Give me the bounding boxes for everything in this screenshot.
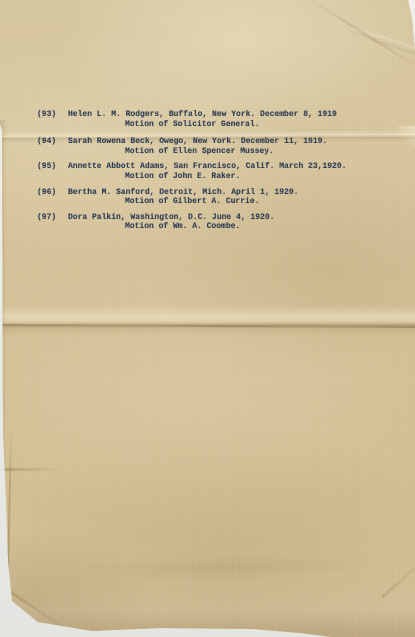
entry-text: Dora Palkin, Washington, D.C. June 4, 19… bbox=[68, 213, 397, 223]
entry-motion: Motion of Solicitor General. bbox=[125, 120, 397, 130]
document-page: (93)Helen L. M. Rodgers, Buffalo, New Yo… bbox=[0, 0, 415, 637]
entry-text: Sarah Rowena Beck, Owego, New York. Dece… bbox=[68, 137, 397, 147]
entry-text: Helen L. M. Rodgers, Buffalo, New York. … bbox=[68, 110, 397, 120]
wrinkle-top-right bbox=[299, 0, 415, 74]
entry-motion: Motion of Wm. A. Coombe. bbox=[125, 222, 397, 232]
entry-motion: Motion of John E. Raker. bbox=[125, 172, 397, 182]
entry-number: (94) bbox=[37, 137, 56, 147]
entry: (93)Helen L. M. Rodgers, Buffalo, New Yo… bbox=[37, 110, 397, 129]
entry-text: Annette Abbott Adams, San Francisco, Cal… bbox=[68, 162, 397, 172]
entry-list: (93)Helen L. M. Rodgers, Buffalo, New Yo… bbox=[37, 110, 397, 238]
entry: (97)Dora Palkin, Washington, D.C. June 4… bbox=[37, 213, 397, 232]
entry-number: (95) bbox=[37, 162, 56, 172]
entry-number: (93) bbox=[37, 110, 56, 120]
entry-number: (96) bbox=[37, 188, 56, 198]
entry: (95)Annette Abbott Adams, San Francisco,… bbox=[37, 162, 397, 181]
dog-ear-right-edge bbox=[398, 126, 415, 148]
left-edge-fold bbox=[3, 468, 61, 471]
bottom-edge-shadow bbox=[0, 610, 415, 637]
wrinkle-top-right-soft bbox=[341, 23, 415, 65]
entry-text: Bertha M. Sanford, Detroit, Mich. April … bbox=[68, 188, 397, 198]
entry: (96)Bertha M. Sanford, Detroit, Mich. Ap… bbox=[37, 188, 397, 207]
wrinkle-bottom-band bbox=[40, 544, 401, 592]
left-edge-shadow bbox=[0, 120, 7, 637]
fold-crease-main-line bbox=[0, 324, 415, 328]
wrinkle-bottom-right bbox=[381, 556, 415, 598]
entry-motion: Motion of Gilbert A. Currie. bbox=[125, 197, 397, 207]
entry: (94)Sarah Rowena Beck, Owego, New York. … bbox=[37, 137, 397, 156]
left-edge-crease bbox=[6, 420, 13, 637]
entry-number: (97) bbox=[37, 213, 56, 223]
scanner-background: (93)Helen L. M. Rodgers, Buffalo, New Yo… bbox=[0, 0, 415, 637]
fold-crease-main bbox=[0, 306, 415, 336]
entry-motion: Motion of Ellen Spencer Mussey. bbox=[125, 147, 397, 157]
wrinkle-bottom-left bbox=[3, 586, 79, 637]
